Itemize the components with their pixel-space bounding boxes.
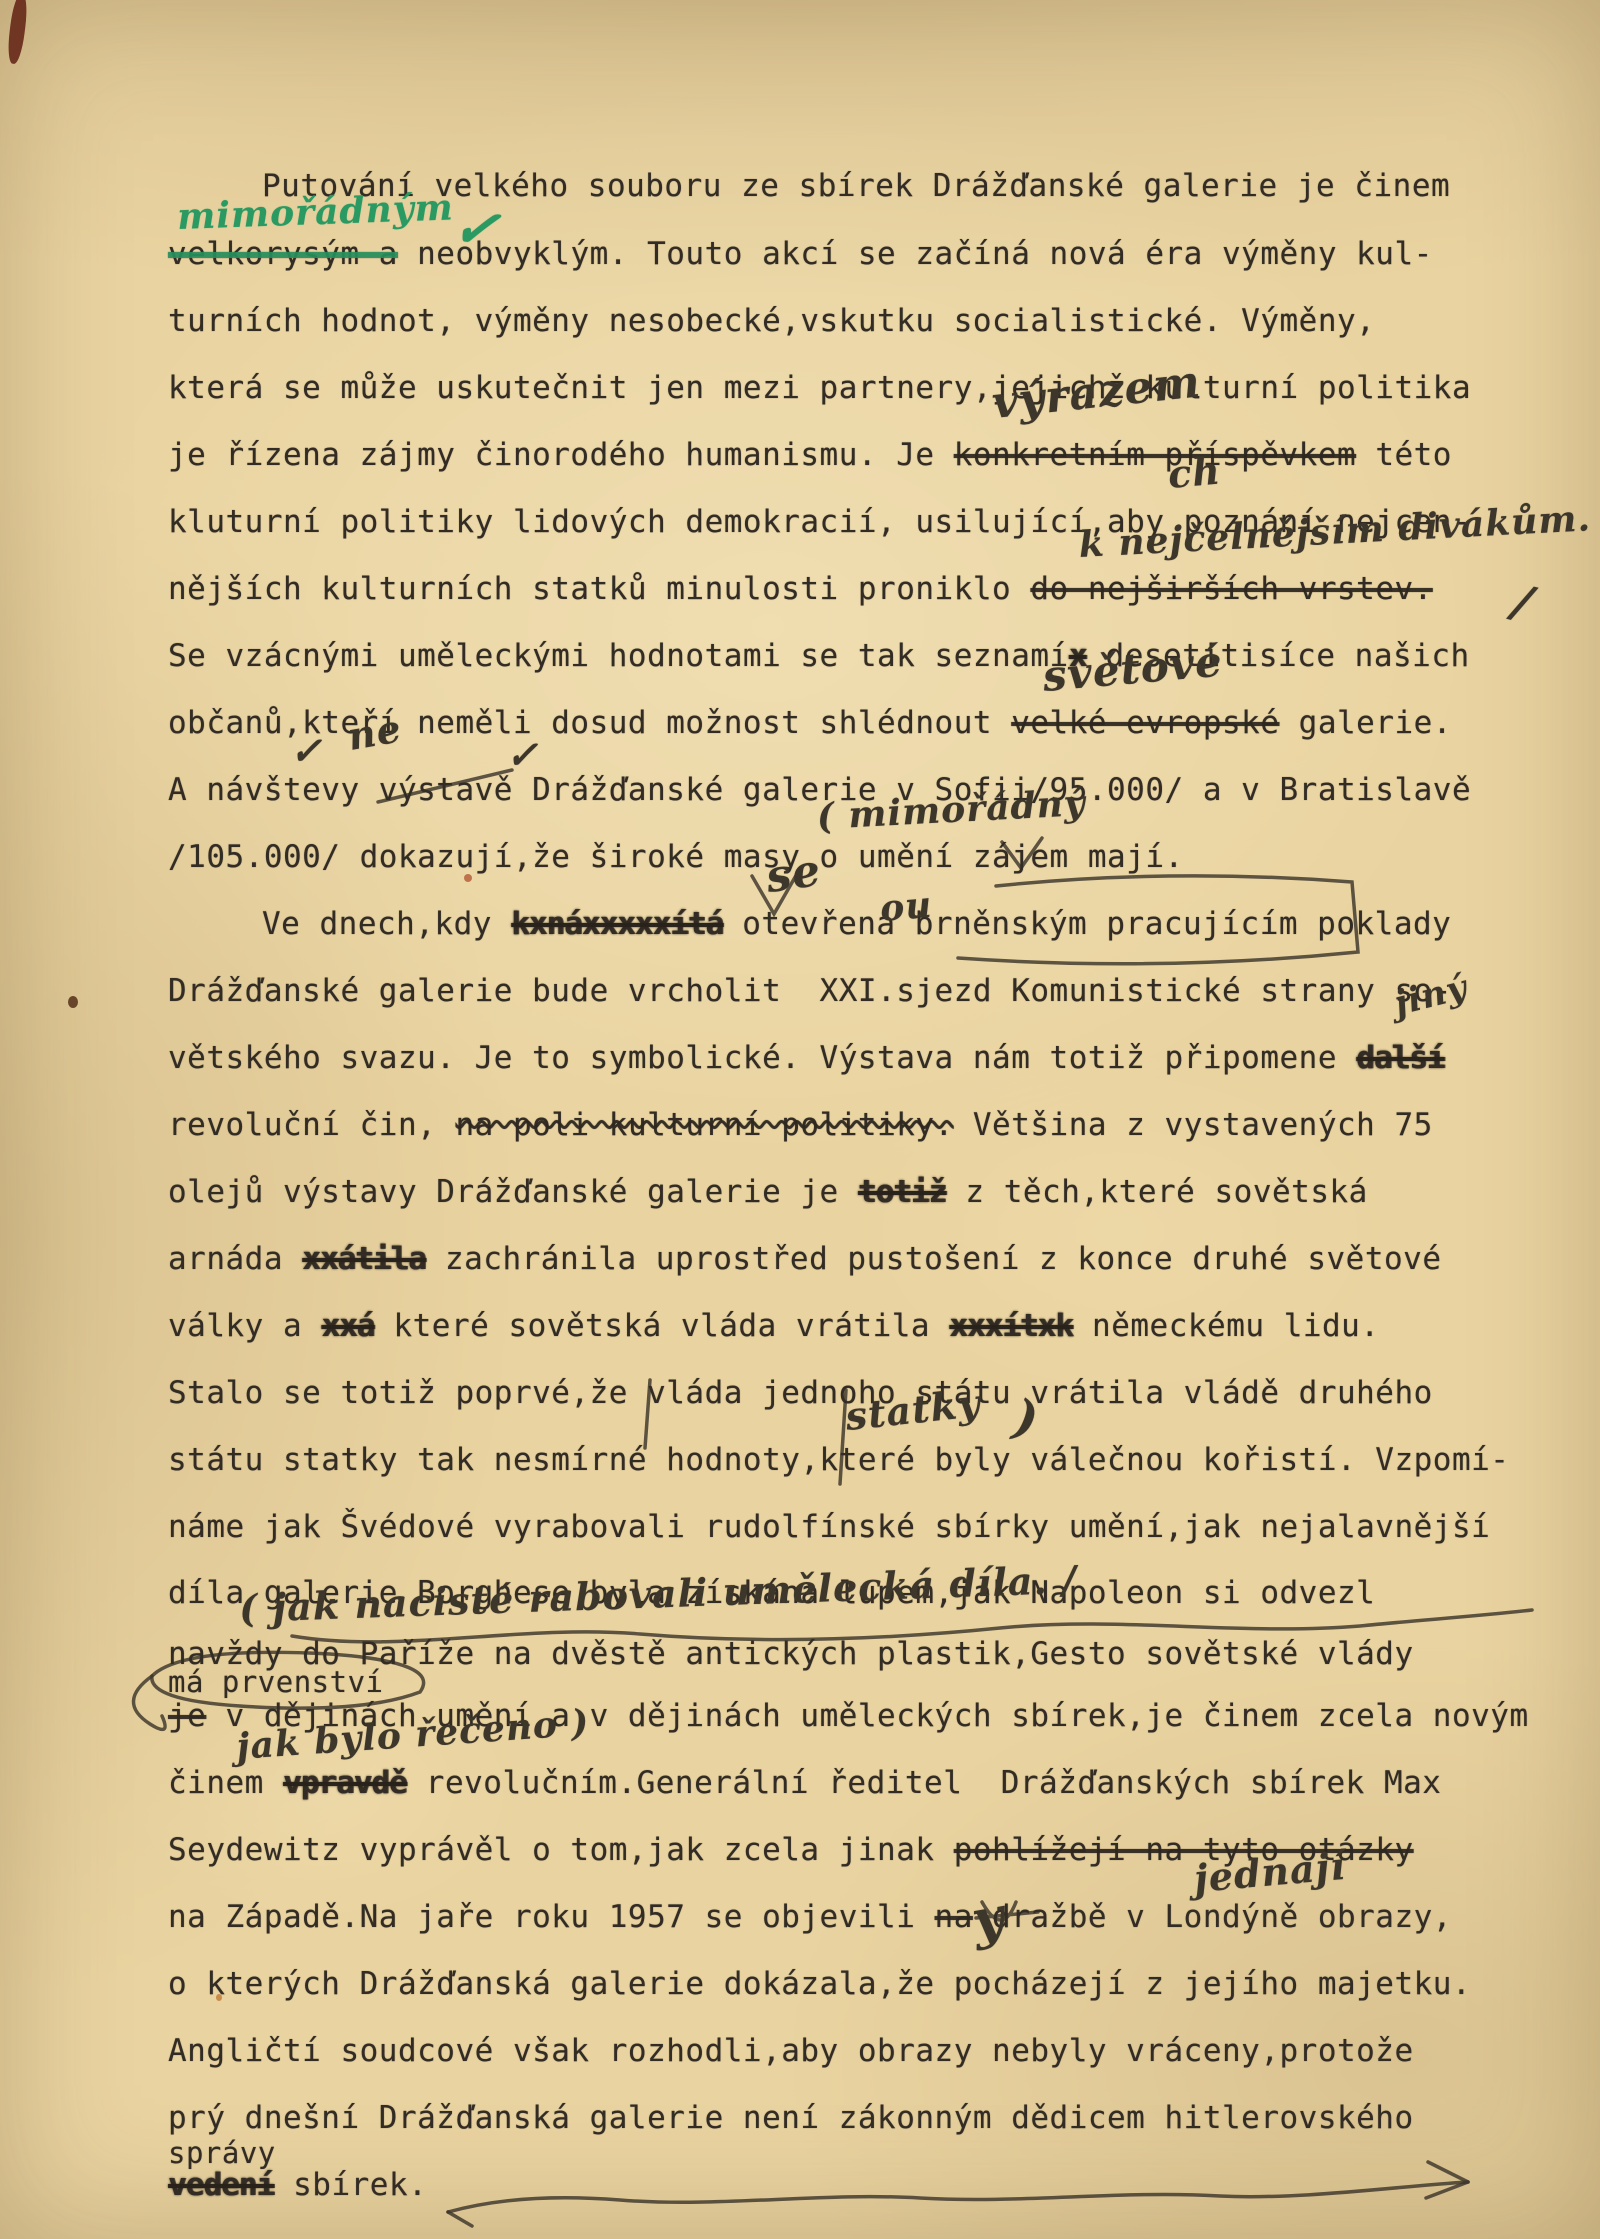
- typed-text: náme jak Švédové vyrabovali rudolfínské …: [168, 1509, 1490, 1545]
- paper-speck: [68, 996, 78, 1008]
- handwritten-note: výrazem: [990, 356, 1204, 429]
- typed-text: /105.000/ dokazují,že široké masy o uměn…: [168, 839, 1184, 875]
- typed-text-struck: je: [168, 1698, 206, 1734]
- typed-text: z těch,které sovětská: [946, 1174, 1368, 1210]
- handwritten-note: ne: [344, 705, 405, 759]
- typed-line: Angličtí soudcové však rozhodli,aby obra…: [168, 2035, 1414, 2068]
- typed-text: prý dnešní Drážďanská galerie není zákon…: [168, 2100, 1414, 2136]
- typed-line: války a xxá které sovětská vláda vrátila…: [168, 1310, 1380, 1343]
- typed-line: Stalo se totiž poprvé,že vláda jednoho s…: [168, 1377, 1433, 1410]
- handwritten-note: ch: [1166, 448, 1222, 497]
- typed-text: této: [1356, 437, 1452, 473]
- typed-text: války a: [168, 1308, 321, 1344]
- typed-line: nějších kulturních statků minulosti pron…: [168, 573, 1433, 606]
- paper-stain: [6, 0, 29, 65]
- typed-text: Ve dnech,kdy: [262, 906, 511, 942]
- typed-text-struck: kxnáxxxxxítá: [511, 906, 723, 942]
- typed-text: o kterých Drážďanská galerie dokázala,že…: [168, 1966, 1471, 2002]
- handwritten-note: ✓: [448, 193, 505, 265]
- typed-text-struck: vedení: [168, 2167, 274, 2203]
- typed-text-struck: do nejširších vrstev.: [1030, 571, 1432, 607]
- typed-line: velkorysým a neobvyklým. Touto akcí se z…: [168, 238, 1433, 271]
- typed-text: Se vzácnými uměleckými hodnotami se tak …: [168, 638, 1069, 674]
- typed-text: Většina z vystavených 75: [954, 1107, 1433, 1143]
- bottom-arrow-head: [1426, 2162, 1468, 2198]
- handwritten-note: ✓: [506, 732, 539, 777]
- typed-text-struck: velké evropské: [1011, 705, 1279, 741]
- typed-text: revoluční čin,: [168, 1107, 455, 1143]
- typed-text-struck: xxá: [321, 1308, 374, 1344]
- bottom-arrow-mark: [448, 2182, 1468, 2212]
- typed-text: sbírek.: [274, 2167, 427, 2203]
- typed-line: státu statky tak nesmírné hodnoty,které …: [168, 1444, 1509, 1477]
- typed-line: která se může uskutečnit jen mezi partne…: [168, 372, 1471, 405]
- typed-text-struck: vpravdě: [283, 1765, 407, 1801]
- typed-line: arnáda xxátila zachránila uprostřed pust…: [168, 1243, 1441, 1276]
- typed-line: o kterých Drážďanská galerie dokázala,že…: [168, 1968, 1471, 2001]
- typed-line: na Západě.Na jaře roku 1957 se objevili …: [168, 1901, 1452, 1934]
- paper-speck: [464, 874, 472, 882]
- typed-text: otevřena brněnským pracujícím poklady: [723, 906, 1451, 942]
- typed-text: nějších kulturních statků minulosti pron…: [168, 571, 1030, 607]
- typed-text: které sovětská vláda vrátila: [374, 1308, 949, 1344]
- typed-insertion: má prvenství: [168, 1665, 384, 1699]
- typed-text: olejů výstavy Drážďanské galerie je: [168, 1174, 858, 1210]
- handwritten-note: ✓: [290, 728, 323, 773]
- typed-text: dražbě v Londýně obrazy,: [973, 1899, 1452, 1935]
- typed-text: Drážďanské galerie bude vrcholit XXI.sje…: [168, 973, 1452, 1009]
- typed-text: arnáda: [168, 1241, 302, 1277]
- typed-line: větského svazu. Je to symbolické. Výstav…: [168, 1042, 1444, 1075]
- typed-text: neobvyklým. Touto akcí se začíná nová ér…: [398, 236, 1433, 272]
- typed-line: vedení sbírek.: [168, 2169, 427, 2202]
- handwritten-note: /: [1508, 574, 1538, 631]
- typed-text: turních hodnot, výměny nesobecké,vskutku…: [168, 303, 1375, 339]
- typed-line: Drážďanské galerie bude vrcholit XXI.sje…: [168, 975, 1452, 1008]
- typed-text-struck: na: [935, 1899, 973, 1935]
- typed-line: revoluční čin, na poli kulturní politiky…: [168, 1109, 1433, 1142]
- loop-tail-mark: [133, 1676, 165, 1729]
- typed-text: činem: [168, 1765, 283, 1801]
- typed-text-struck: konkretním příspěvkem: [954, 437, 1356, 473]
- typed-text-struck: velkorysým a: [168, 236, 398, 272]
- typed-text-struck: xxátila: [302, 1241, 426, 1277]
- typed-line: prý dnešní Drážďanská galerie není zákon…: [168, 2102, 1414, 2135]
- typed-line: /105.000/ dokazují,že široké masy o uměn…: [168, 841, 1184, 874]
- typed-text-struck: na poli kulturní politiky.: [455, 1107, 953, 1143]
- bottom-arrow-tail: [448, 2212, 472, 2226]
- typed-line: turních hodnot, výměny nesobecké,vskutku…: [168, 305, 1375, 338]
- typed-text: která se může uskutečnit jen mezi partne…: [168, 370, 1471, 406]
- typed-line: olejů výstavy Drážďanské galerie je toti…: [168, 1176, 1368, 1209]
- handwritten-note: ou: [878, 884, 934, 930]
- typed-text: německému lidu.: [1073, 1308, 1380, 1344]
- typed-text-struck: totiž: [858, 1174, 946, 1210]
- paper-speck: [216, 1994, 222, 2001]
- typed-text: je řízena zájmy činorodého humanismu. Je: [168, 437, 954, 473]
- typed-line: Ve dnech,kdy kxnáxxxxxítá otevřena brněn…: [262, 908, 1451, 941]
- typed-line: Se vzácnými uměleckými hodnotami se tak …: [168, 640, 1470, 673]
- typed-insertion: správy: [168, 2136, 276, 2170]
- typed-text: Stalo se totiž poprvé,že vláda jednoho s…: [168, 1375, 1433, 1411]
- typed-text-struck: xxxítxk: [949, 1308, 1073, 1344]
- handwritten-note: mimořádným: [177, 186, 455, 238]
- typewritten-page: Putování velkého souboru ze sbírek Drážď…: [0, 0, 1600, 2239]
- typed-text: větského svazu. Je to symbolické. Výstav…: [168, 1040, 1356, 1076]
- typed-text: zachránila uprostřed pustošení z konce d…: [426, 1241, 1442, 1277]
- typed-line: náme jak Švédové vyrabovali rudolfínské …: [168, 1511, 1490, 1544]
- typed-text: revolučním.Generální ředitel Drážďanskýc…: [407, 1765, 1442, 1801]
- handwritten-note: ( jak nacisté rabovali umělecká díla. /: [238, 1557, 1077, 1631]
- typed-text: galerie.: [1280, 705, 1452, 741]
- handwritten-note: y: [967, 1883, 1010, 1952]
- typed-text: Seydewitz vyprávěl o tom,jak zcela jinak: [168, 1832, 954, 1868]
- typed-text-struck: další: [1356, 1040, 1444, 1076]
- handwritten-note: se: [763, 845, 824, 903]
- typed-text: na Západě.Na jaře roku 1957 se objevili: [168, 1899, 935, 1935]
- typed-text: státu statky tak nesmírné hodnoty,které …: [168, 1442, 1509, 1478]
- typed-line: činem vpravdě revolučním.Generální ředit…: [168, 1767, 1441, 1800]
- typed-text: Angličtí soudcové však rozhodli,aby obra…: [168, 2033, 1414, 2069]
- typed-line: je řízena zájmy činorodého humanismu. Je…: [168, 439, 1452, 472]
